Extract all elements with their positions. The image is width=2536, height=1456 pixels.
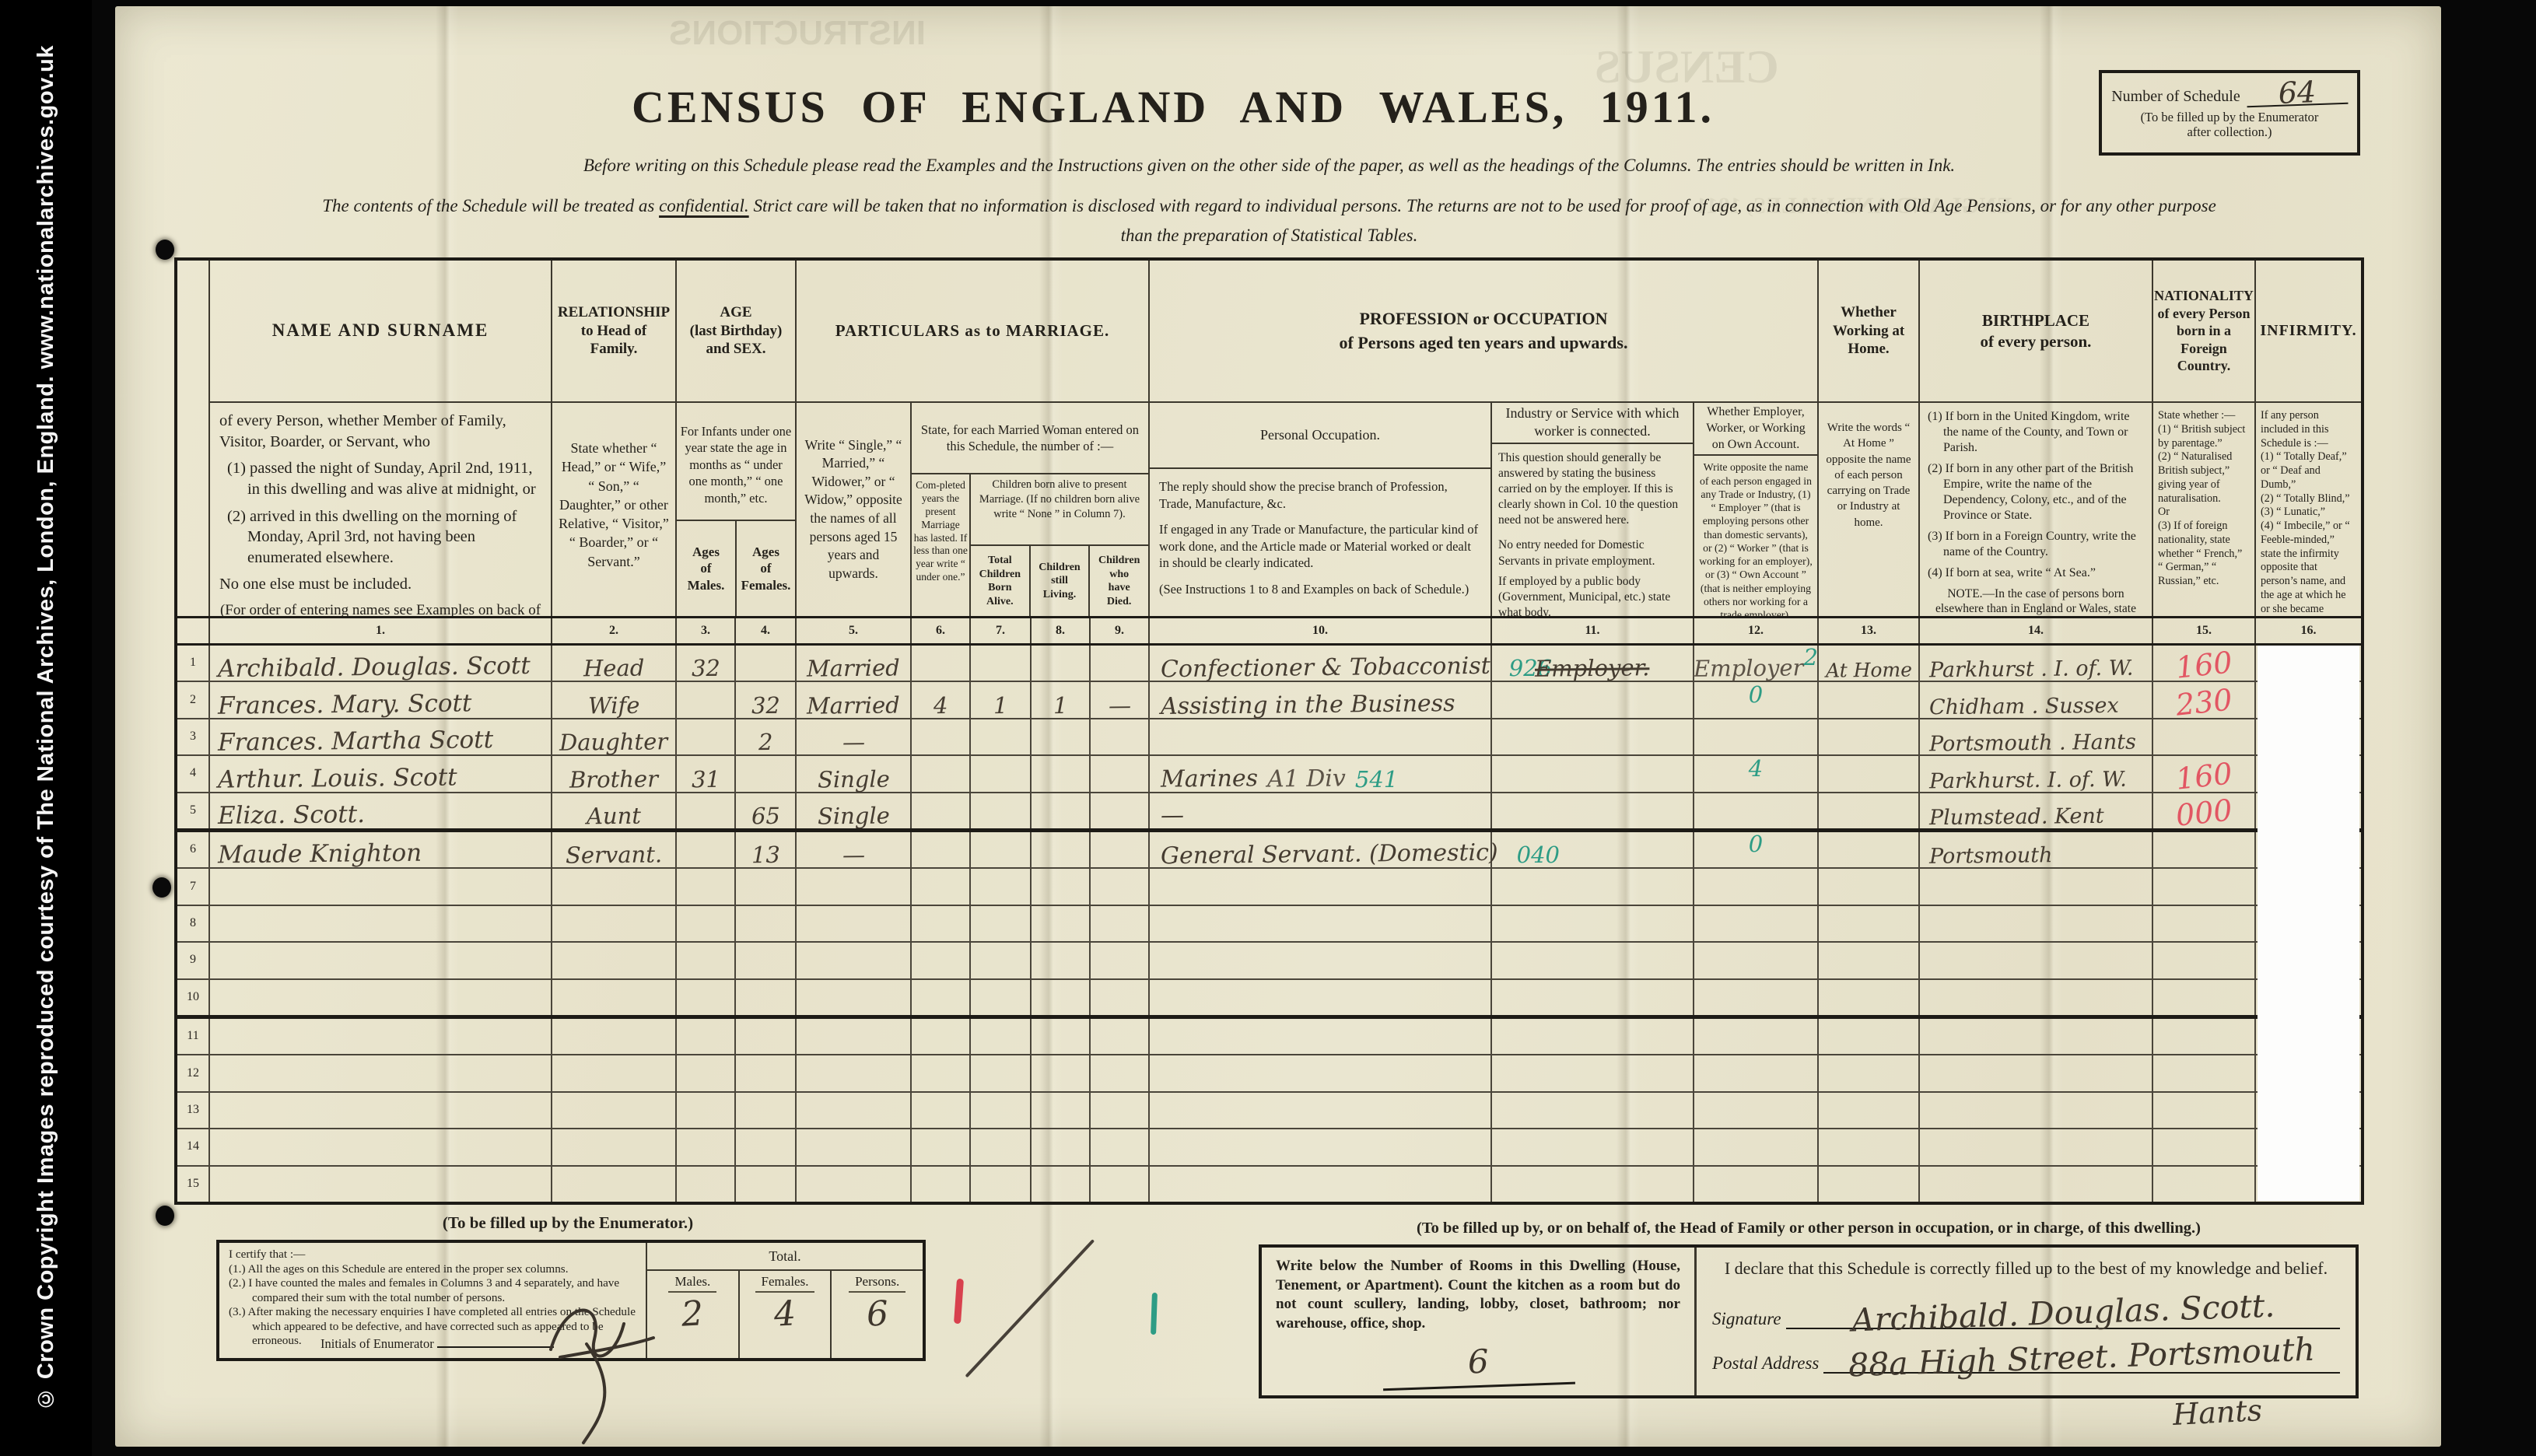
cell-children-born	[971, 869, 1032, 904]
ages-males-label: Ages of Males.	[677, 521, 737, 616]
cell-children-living	[1032, 793, 1091, 828]
cell-age-male	[677, 1167, 736, 1202]
cell-age-male	[677, 682, 736, 717]
cell-nationality-code	[2153, 1129, 2256, 1164]
cell-children-born	[971, 1055, 1032, 1090]
cell-nationality-code	[2153, 980, 2256, 1015]
copyright-band: © Crown Copyright Images reproduced cour…	[0, 0, 92, 1456]
cell-children-born	[971, 943, 1032, 978]
cell-children-born	[971, 906, 1032, 941]
cell-industry	[1492, 980, 1694, 1015]
cell-industry	[1492, 793, 1694, 828]
cell-employer-worker	[1694, 793, 1819, 828]
cell-employer-worker	[1694, 719, 1819, 754]
cell-occupation	[1150, 869, 1492, 904]
cell-row-number: 6	[177, 832, 210, 867]
col-header-working-at-home: Whether Working at Home. Write the words…	[1819, 261, 1920, 616]
confidentiality-line: The contents of the Schedule will be tre…	[177, 196, 2361, 216]
cell-nationality-code: 230	[2153, 682, 2256, 717]
cell-employer-worker	[1694, 1093, 1819, 1128]
cell-marriage-years	[912, 1019, 971, 1054]
cell-children-living: 1	[1032, 682, 1091, 717]
cell-children-born	[971, 646, 1032, 681]
declaration-section-heading: (To be filled up by, or on behalf of, th…	[1264, 1220, 2353, 1237]
cell-marriage-status	[797, 1093, 912, 1128]
cell-age-female	[736, 756, 797, 791]
cell-industry	[1492, 719, 1694, 754]
cell-relationship: Wife	[552, 682, 677, 717]
cell-industry	[1492, 1019, 1694, 1054]
cell-birthplace: Parkhurst . I. of. W.	[1920, 646, 2153, 681]
cell-marriage-years	[912, 1129, 971, 1164]
cell-age-female: 13	[736, 832, 797, 867]
cell-working-at-home	[1819, 793, 1920, 828]
cell-children-born	[971, 1093, 1032, 1128]
cell-name	[210, 1093, 552, 1128]
cell-age-female: 65	[736, 793, 797, 828]
table-row: 13	[177, 1093, 2361, 1129]
cell-nationality-code	[2153, 719, 2256, 754]
cell-nationality-code	[2153, 943, 2256, 978]
cell-name	[210, 943, 552, 978]
cell-birthplace: Plumstead. Kent	[1920, 793, 2153, 828]
cell-marriage-status: Single	[797, 756, 912, 791]
cell-children-living	[1032, 1167, 1091, 1202]
schedule-number-box: Number of Schedule 64 (To be filled up b…	[2099, 70, 2360, 156]
children-born-label: Total Children Born Alive.	[971, 546, 1031, 616]
cell-age-male	[677, 1019, 736, 1054]
cell-children-born	[971, 980, 1032, 1015]
cell-age-male	[677, 906, 736, 941]
cell-children-living	[1032, 719, 1091, 754]
col-header-nationality: NATIONALITY of every Person born in a Fo…	[2153, 261, 2256, 616]
cell-occupation: —	[1150, 793, 1492, 828]
children-died-label: Children who have Died.	[1090, 546, 1148, 616]
cell-birthplace	[1920, 980, 2153, 1015]
punch-hole	[156, 240, 174, 260]
cell-age-male	[677, 719, 736, 754]
cell-employer-worker	[1694, 1055, 1819, 1090]
cell-row-number: 5	[177, 793, 210, 828]
bleedthrough-text: INSTRUCTIONS	[669, 14, 926, 53]
copyright-text: © Crown Copyright Images reproduced cour…	[33, 45, 59, 1411]
postal-address-value-2: Hants	[2172, 1393, 2263, 1432]
ages-females-label: Ages of Females.	[737, 521, 795, 616]
cell-nationality-code	[2153, 832, 2256, 867]
marriage-status-instructions: Write “ Single,” “ Married,” “ Widower,”…	[797, 403, 912, 616]
total-persons-value: 6	[865, 1293, 889, 1334]
cell-age-female	[736, 1019, 797, 1054]
cell-industry	[1492, 906, 1694, 941]
cell-relationship	[552, 1167, 677, 1202]
cell-nationality-code: 000	[2153, 793, 2256, 828]
cell-age-female	[736, 869, 797, 904]
cell-marriage-status: Married	[797, 646, 912, 681]
cell-occupation: MarinesA1 Div541	[1150, 756, 1492, 791]
cell-children-died	[1091, 1129, 1150, 1164]
cell-children-born	[971, 1019, 1032, 1054]
cell-age-male	[677, 1055, 736, 1090]
cell-industry	[1492, 1093, 1694, 1128]
cell-industry	[1492, 1167, 1694, 1202]
cell-row-number: 9	[177, 943, 210, 978]
cell-marriage-status	[797, 1167, 912, 1202]
cell-row-number: 4	[177, 756, 210, 791]
cell-children-born: 1	[971, 682, 1032, 717]
confidentiality-line-2: than the preparation of Statistical Tabl…	[177, 226, 2361, 246]
census-scan-page: © Crown Copyright Images reproduced cour…	[0, 0, 2536, 1456]
cell-relationship: Head	[552, 646, 677, 681]
cell-relationship	[552, 1019, 677, 1054]
cell-nationality-code	[2153, 1055, 2256, 1090]
cell-relationship: Aunt	[552, 793, 677, 828]
cell-row-number: 1	[177, 646, 210, 681]
table-row: 2 Frances. Mary. Scott Wife 32 Married 4…	[177, 682, 2361, 719]
cell-marriage-status	[797, 1129, 912, 1164]
cell-children-living	[1032, 1055, 1091, 1090]
cell-marriage-status	[797, 1019, 912, 1054]
cell-industry	[1492, 943, 1694, 978]
cell-relationship	[552, 869, 677, 904]
cell-occupation	[1150, 1055, 1492, 1090]
cell-employer-worker	[1694, 943, 1819, 978]
table-row: 5 Eliza. Scott. Aunt 65 Single — Plumste…	[177, 793, 2361, 832]
table-header: NAME AND SURNAME of every Person, whethe…	[177, 261, 2361, 618]
cell-age-female	[736, 980, 797, 1015]
cell-age-male	[677, 1093, 736, 1128]
declaration-cell: I declare that this Schedule is correctl…	[1697, 1248, 2356, 1395]
cell-name	[210, 1055, 552, 1090]
table-rows: 1 Archibald. Douglas. Scott Head 32 Marr…	[177, 646, 2361, 1202]
cell-children-died: —	[1091, 682, 1150, 717]
cell-marriage-status: Married	[797, 682, 912, 717]
col-header-rownum	[177, 261, 210, 616]
cell-birthplace	[1920, 1167, 2153, 1202]
cell-children-living	[1032, 869, 1091, 904]
enumerator-initials-label: Initials of Enumerator	[321, 1336, 554, 1352]
cell-name	[210, 980, 552, 1015]
cell-children-living	[1032, 1129, 1091, 1164]
cell-name: Arthur. Louis. Scott	[210, 756, 552, 791]
cell-birthplace	[1920, 1093, 2153, 1128]
cell-relationship: Daughter	[552, 719, 677, 754]
cell-children-living	[1032, 980, 1091, 1015]
schedule-number-note: (To be filled up by the Enumerator after…	[2102, 110, 2357, 139]
cell-marriage-status	[797, 869, 912, 904]
table-row: 11	[177, 1019, 2361, 1055]
cell-children-died	[1091, 832, 1150, 867]
col-header-marriage: PARTICULARS as to MARRIAGE. Write “ Sing…	[797, 261, 1150, 616]
cell-age-male	[677, 943, 736, 978]
cell-marriage-years	[912, 906, 971, 941]
cell-marriage-years	[912, 980, 971, 1015]
cell-row-number: 15	[177, 1167, 210, 1202]
cell-occupation: General Servant. (Domestic)040	[1150, 832, 1492, 867]
cell-birthplace	[1920, 1019, 2153, 1054]
cell-marriage-years	[912, 646, 971, 681]
cell-employer-worker	[1694, 980, 1819, 1015]
cell-working-at-home	[1819, 756, 1920, 791]
cell-nationality-code	[2153, 1093, 2256, 1128]
table-row: 15	[177, 1167, 2361, 1202]
cell-children-living	[1032, 906, 1091, 941]
cell-relationship: Servant.	[552, 832, 677, 867]
cell-marriage-years	[912, 1167, 971, 1202]
cell-children-born	[971, 756, 1032, 791]
cell-marriage-status	[797, 980, 912, 1015]
total-females-value: 4	[773, 1293, 797, 1334]
col-header-birthplace: BIRTHPLACE of every person. (1) If born …	[1920, 261, 2153, 616]
cell-occupation	[1150, 906, 1492, 941]
cell-name	[210, 1129, 552, 1164]
cell-working-at-home	[1819, 682, 1920, 717]
cell-name	[210, 1019, 552, 1054]
cell-working-at-home: At Home	[1819, 646, 1920, 681]
cell-industry	[1492, 1129, 1694, 1164]
cell-working-at-home	[1819, 1093, 1920, 1128]
cell-children-living	[1032, 832, 1091, 867]
table-row: 10	[177, 980, 2361, 1019]
cell-children-born	[971, 719, 1032, 754]
cell-children-died	[1091, 756, 1150, 791]
cell-age-female	[736, 1129, 797, 1164]
cell-children-died	[1091, 793, 1150, 828]
cell-industry: Employer.	[1492, 646, 1694, 681]
cell-birthplace	[1920, 1129, 2153, 1164]
cell-age-male	[677, 1129, 736, 1164]
cell-employer-worker	[1694, 1019, 1819, 1054]
cell-name: Eliza. Scott.	[210, 793, 552, 828]
cell-marriage-status	[797, 1055, 912, 1090]
cell-marriage-years	[912, 832, 971, 867]
cell-employer-worker	[1694, 1129, 1819, 1164]
enumerator-section-heading: (To be filled up by the Enumerator.)	[296, 1213, 840, 1233]
cell-employer-worker: 4	[1694, 756, 1819, 791]
form-instruction-line: Before writing on this Schedule please r…	[177, 156, 2361, 176]
industry-header: Industry or Service with which worker is…	[1492, 403, 1694, 616]
cell-children-died	[1091, 1055, 1150, 1090]
col-header-relationship: RELATIONSHIP to Head of Family. State wh…	[552, 261, 677, 616]
cell-working-at-home	[1819, 1167, 1920, 1202]
cell-marriage-years: 4	[912, 682, 971, 717]
col-header-profession: PROFESSION or OCCUPATION of Persons aged…	[1150, 261, 1819, 616]
cell-relationship	[552, 980, 677, 1015]
cell-birthplace: Portsmouth	[1920, 832, 2153, 867]
cell-relationship	[552, 1129, 677, 1164]
cell-children-died	[1091, 1019, 1150, 1054]
cell-relationship	[552, 943, 677, 978]
cell-working-at-home	[1819, 943, 1920, 978]
cell-children-living	[1032, 1019, 1091, 1054]
cell-marriage-years	[912, 943, 971, 978]
cell-name: Frances. Martha Scott	[210, 719, 552, 754]
cell-relationship	[552, 906, 677, 941]
table-row: 4 Arthur. Louis. Scott Brother 31 Single…	[177, 756, 2361, 793]
cell-occupation	[1150, 1167, 1492, 1202]
cell-marriage-status: Single	[797, 793, 912, 828]
cell-working-at-home	[1819, 832, 1920, 867]
col-header-name: NAME AND SURNAME of every Person, whethe…	[210, 261, 552, 616]
cell-children-died	[1091, 980, 1150, 1015]
cell-children-living	[1032, 646, 1091, 681]
cell-occupation: Confectioner & Tobacconist926	[1150, 646, 1492, 681]
cell-birthplace	[1920, 869, 2153, 904]
cell-industry	[1492, 756, 1694, 791]
cell-occupation	[1150, 1129, 1492, 1164]
punch-hole	[156, 1206, 174, 1226]
cell-marriage-years	[912, 1055, 971, 1090]
cell-children-died	[1091, 943, 1150, 978]
totals-females: Females. 4	[738, 1271, 831, 1358]
cell-age-male: 31	[677, 756, 736, 791]
cell-marriage-status: —	[797, 719, 912, 754]
totals-table: Total. Males. 2 Females. 4 Persons. 6	[647, 1243, 923, 1358]
cell-working-at-home	[1819, 906, 1920, 941]
cell-industry	[1492, 869, 1694, 904]
cell-marriage-status: —	[797, 832, 912, 867]
enumerator-initials-signature	[537, 1283, 685, 1447]
employer-worker-header: Whether Employer, Worker, or Working on …	[1694, 403, 1817, 616]
cell-age-female	[736, 943, 797, 978]
cell-name: Archibald. Douglas. Scott	[210, 646, 552, 681]
cell-occupation	[1150, 1093, 1492, 1128]
schedule-number-value: 64	[2246, 79, 2348, 108]
cell-children-died	[1091, 1167, 1150, 1202]
cell-nationality-code	[2153, 1019, 2256, 1054]
cell-employer-worker: Employer2	[1694, 646, 1819, 681]
cell-occupation	[1150, 719, 1492, 754]
rooms-count-value: 6	[1382, 1338, 1575, 1391]
cell-row-number: 8	[177, 906, 210, 941]
table-row: 6 Maude Knighton Servant. 13 — General S…	[177, 832, 2361, 869]
cell-name	[210, 1167, 552, 1202]
table-row: 9	[177, 943, 2361, 979]
cell-marriage-years	[912, 869, 971, 904]
postal-address-value: 88a High Street. Portsmouth	[1848, 1335, 2316, 1381]
cell-name: Maude Knighton	[210, 832, 552, 867]
table-row: 3 Frances. Martha Scott Daughter 2 — Por…	[177, 719, 2361, 756]
cell-birthplace	[1920, 1055, 2153, 1090]
cell-age-female	[736, 906, 797, 941]
cell-industry	[1492, 682, 1694, 717]
cell-employer-worker	[1694, 869, 1819, 904]
cell-working-at-home	[1819, 869, 1920, 904]
cell-row-number: 3	[177, 719, 210, 754]
cell-birthplace: Chidham . Sussex	[1920, 682, 2153, 717]
cell-children-born	[971, 1167, 1032, 1202]
census-table: NAME AND SURNAME of every Person, whethe…	[177, 261, 2361, 1202]
cell-occupation	[1150, 1019, 1492, 1054]
cell-relationship	[552, 1055, 677, 1090]
cell-working-at-home	[1819, 980, 1920, 1015]
cell-age-male	[677, 869, 736, 904]
cell-children-living	[1032, 756, 1091, 791]
cell-marriage-years	[912, 756, 971, 791]
cell-nationality-code: 160	[2153, 756, 2256, 791]
column-number-row: 1. 2. 3. 4. 5. 6. 7. 8. 9. 10. 11. 12. 1…	[177, 618, 2361, 646]
cell-birthplace: Portsmouth . Hants	[1920, 719, 2153, 754]
cell-nationality-code	[2153, 1167, 2256, 1202]
cell-age-male	[677, 793, 736, 828]
col-header-infirmity: INFIRMITY. If any person included in thi…	[2256, 261, 2361, 616]
cell-children-died	[1091, 869, 1150, 904]
cell-birthplace	[1920, 943, 2153, 978]
cell-age-female	[736, 1055, 797, 1090]
cell-birthplace: Parkhurst. I. of. W.	[1920, 756, 2153, 791]
cell-employer-worker: 0	[1694, 682, 1819, 717]
cell-working-at-home	[1819, 1129, 1920, 1164]
cell-marriage-years	[912, 793, 971, 828]
cell-row-number: 14	[177, 1129, 210, 1164]
cell-nationality-code	[2153, 906, 2256, 941]
cell-children-died	[1091, 1093, 1150, 1128]
cell-age-female: 2	[736, 719, 797, 754]
table-row: 8	[177, 906, 2361, 943]
cell-row-number: 11	[177, 1019, 210, 1054]
table-row: 7	[177, 869, 2361, 905]
totals-title: Total.	[647, 1243, 923, 1271]
cell-children-died	[1091, 719, 1150, 754]
cell-age-female	[736, 1093, 797, 1128]
rooms-count-cell: Write below the Number of Rooms in this …	[1262, 1248, 1697, 1395]
cell-name	[210, 869, 552, 904]
children-living-label: Children still Living.	[1031, 546, 1091, 616]
cell-age-female	[736, 646, 797, 681]
cell-age-female: 32	[736, 682, 797, 717]
postal-address-label: Postal Address	[1712, 1353, 1819, 1374]
cell-working-at-home	[1819, 1055, 1920, 1090]
cell-name: Frances. Mary. Scott	[210, 682, 552, 717]
cell-children-died	[1091, 906, 1150, 941]
declaration-text: I declare that this Schedule is correctl…	[1712, 1258, 2340, 1279]
totals-persons: Persons. 6	[830, 1271, 923, 1358]
cell-industry	[1492, 832, 1694, 867]
cell-nationality-code	[2153, 869, 2256, 904]
cell-children-living	[1032, 943, 1091, 978]
cell-employer-worker: 0	[1694, 832, 1819, 867]
cell-marriage-status	[797, 906, 912, 941]
cell-relationship: Brother	[552, 756, 677, 791]
personal-occupation-header: Personal Occupation. The reply should sh…	[1150, 403, 1492, 616]
marriage-years-label: Com-pleted years the present Marriage ha…	[912, 474, 971, 616]
cell-age-male	[677, 832, 736, 867]
cell-children-died	[1091, 646, 1150, 681]
cell-age-male: 32	[677, 646, 736, 681]
cell-row-number: 12	[177, 1055, 210, 1090]
cell-marriage-status	[797, 943, 912, 978]
cell-occupation: Assisting in the Business	[1150, 682, 1492, 717]
table-row: 12	[177, 1055, 2361, 1092]
cell-birthplace	[1920, 906, 2153, 941]
schedule-number-label: Number of Schedule	[2111, 88, 2240, 106]
redaction-box	[2258, 646, 2359, 1201]
cell-children-born	[971, 1129, 1032, 1164]
declaration-box: Write below the Number of Rooms in this …	[1259, 1244, 2359, 1398]
signature-label: Signature	[1712, 1309, 1781, 1329]
cell-nationality-code: 160	[2153, 646, 2256, 681]
cell-name	[210, 906, 552, 941]
cell-age-female	[736, 1167, 797, 1202]
punch-hole	[152, 877, 171, 898]
signature-value: Archibald. Douglas. Scott.	[1851, 1292, 2275, 1335]
table-row: 1 Archibald. Douglas. Scott Head 32 Marr…	[177, 646, 2361, 682]
cell-row-number: 7	[177, 869, 210, 904]
cell-children-born	[971, 832, 1032, 867]
cell-employer-worker	[1694, 906, 1819, 941]
cell-working-at-home	[1819, 1019, 1920, 1054]
cell-row-number: 2	[177, 682, 210, 717]
cell-employer-worker	[1694, 1167, 1819, 1202]
